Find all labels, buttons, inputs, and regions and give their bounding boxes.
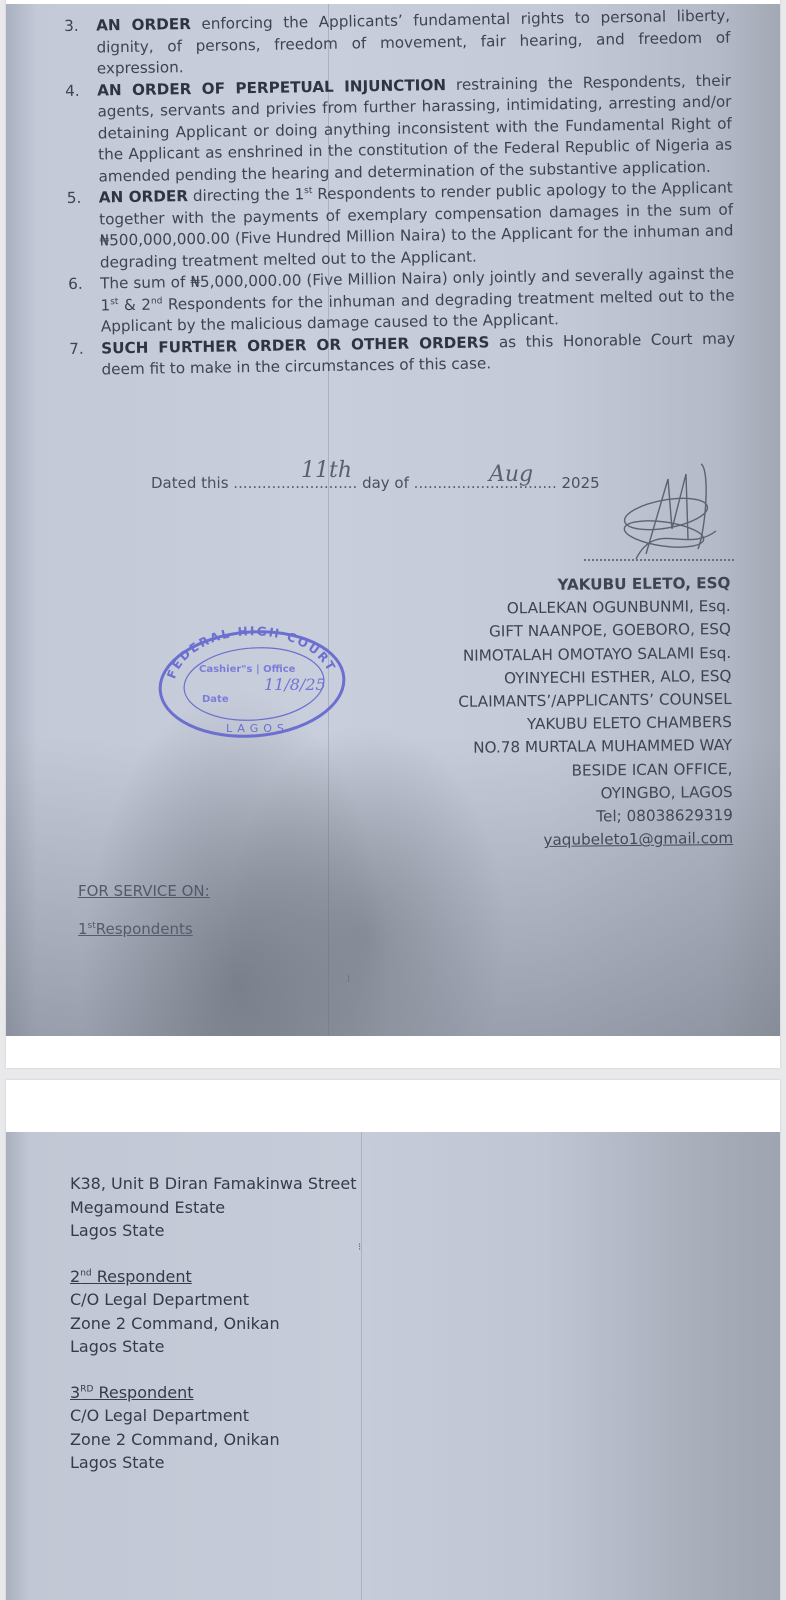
address-line: Lagos State [70, 1219, 357, 1243]
ordinal-number: 2 [70, 1267, 80, 1286]
page-2-photo: K38, Unit B Diran Famakinwa Street Megam… [6, 1132, 780, 1600]
address-line: C/O Legal Department [70, 1404, 357, 1428]
ordinal-suffix: nd [151, 296, 163, 306]
ordinal-number: 1 [78, 920, 88, 938]
order-bold-heading: AN ORDER [96, 15, 191, 34]
dated-prefix: Dated this [151, 474, 229, 492]
order-item-6: 6. The sum of ₦5,000,000.00 (Five Millio… [68, 264, 735, 339]
counsel-block: YAKUBU ELETO, ESQ OLALEKAN OGUNBUNMI, Es… [457, 572, 733, 853]
counsel-name: NIMOTALAH OMOTAYO SALAMI Esq. [457, 642, 731, 668]
first-respondent-address: K38, Unit B Diran Famakinwa Street Megam… [70, 1172, 357, 1243]
order-item-3: 3. AN ORDER enforcing the Applicants’ fu… [64, 6, 731, 81]
dated-middle: day of [362, 474, 409, 492]
address-line: Lagos State [70, 1451, 357, 1475]
order-number: 6. [68, 273, 101, 338]
address-line: Lagos State [70, 1335, 357, 1359]
ordinal-suffix: st [88, 921, 96, 931]
ordinal-suffix: nd [80, 1268, 91, 1278]
address-line: Megamound Estate [70, 1196, 357, 1220]
order-item-5: 5. AN ORDER directing the 1st Respondent… [67, 178, 734, 274]
orders-list: 3. AN ORDER enforcing the Applicants’ fu… [64, 6, 736, 382]
svg-text:Date: Date [202, 694, 229, 705]
signature-icon [606, 459, 736, 569]
chambers-name: YAKUBU ELETO CHAMBERS [458, 711, 732, 737]
respondent-addresses: K38, Unit B Diran Famakinwa Street Megam… [70, 1172, 357, 1497]
service-section: FOR SERVICE ON: 1stRespondents [78, 882, 210, 938]
svg-text:Cashier"s | Office: Cashier"s | Office [199, 664, 296, 675]
second-respondent-address: 2nd Respondent C/O Legal Department Zone… [70, 1265, 357, 1359]
counsel-name: GIFT NAANPOE, GOEBORO, ESQ [457, 618, 731, 644]
order-number: 4. [65, 80, 99, 188]
order-number: 7. [69, 338, 102, 381]
dated-year: 2025 [562, 474, 600, 492]
paper-speck: ⁝ [347, 974, 350, 985]
ordinal-suffix: st [110, 297, 118, 307]
order-body-part: directing the 1 [188, 185, 305, 205]
order-number: 5. [67, 187, 100, 273]
order-bold-heading: SUCH FURTHER ORDER OR OTHER ORDERS [101, 333, 489, 357]
counsel-role: CLAIMANTS’/APPLICANTS’ COUNSEL [458, 688, 732, 714]
address-line: K38, Unit B Diran Famakinwa Street [70, 1172, 357, 1196]
counsel-telephone: Tel; 08038629319 [459, 804, 733, 830]
order-body-part: & 2 [118, 295, 151, 314]
dated-line: Dated this .......................... da… [151, 474, 600, 492]
order-bold-heading: AN ORDER OF PERPETUAL INJUNCTION [97, 76, 446, 99]
respondent-heading: 2nd Respondent [70, 1265, 357, 1289]
order-text: AN ORDER directing the 1st Respondents t… [99, 178, 734, 274]
court-stamp-icon: FEDERAL HIGH COURT Cashier"s | Office Da… [154, 622, 349, 740]
respondent-heading: 3RD Respondent [70, 1381, 357, 1405]
order-text: The sum of ₦5,000,000.00 (Five Million N… [100, 264, 735, 338]
order-item-7: 7. SUCH FURTHER ORDER OR OTHER ORDERS as… [69, 328, 736, 381]
order-text: AN ORDER OF PERPETUAL INJUNCTION restrai… [97, 70, 733, 187]
ordinal-suffix: RD [80, 1384, 93, 1394]
first-respondent-heading: 1stRespondents [78, 920, 193, 938]
ordinal-suffix: st [304, 186, 312, 196]
address-line: Zone 2 Command, Onikan [70, 1312, 357, 1336]
counsel-name: OLALEKAN OGUNBUNMI, Esq. [457, 595, 731, 621]
respondent-label: Respondent [93, 1383, 193, 1402]
handwritten-day: 11th [301, 458, 352, 483]
chambers-address-line: OYINGBO, LAGOS [459, 781, 733, 807]
handwritten-month: Aug [489, 462, 533, 487]
paper-speck: ⁝ [358, 1242, 361, 1253]
address-line: Zone 2 Command, Onikan [70, 1428, 357, 1452]
respondent-label: Respondents [96, 920, 193, 938]
service-heading: FOR SERVICE ON: [78, 882, 210, 900]
page-1-photo: 3. AN ORDER enforcing the Applicants’ fu… [6, 4, 780, 1036]
counsel-name: OYINYECHI ESTHER, ALO, ESQ [458, 665, 732, 691]
document-page-2: K38, Unit B Diran Famakinwa Street Megam… [6, 1080, 780, 1600]
counsel-name: YAKUBU ELETO, ESQ [457, 572, 731, 598]
dotted-blank: .............................. [414, 474, 557, 492]
chambers-address-line: BESIDE ICAN OFFICE, [459, 758, 733, 784]
counsel-email-link[interactable]: yaqubeleto1@gmail.com [459, 827, 733, 853]
svg-text:LAGOS: LAGOS [226, 722, 289, 735]
respondent-label: Respondent [92, 1267, 192, 1286]
signature-line [584, 559, 734, 561]
document-page-1: 3. AN ORDER enforcing the Applicants’ fu… [6, 0, 780, 1068]
order-body: enforcing the Applicants’ fundamental ri… [96, 7, 730, 78]
order-text: AN ORDER enforcing the Applicants’ funda… [96, 6, 731, 80]
address-line: C/O Legal Department [70, 1288, 357, 1312]
order-text: SUCH FURTHER ORDER OR OTHER ORDERS as th… [101, 328, 736, 381]
chambers-address-line: NO.78 MURTALA MUHAMMED WAY [458, 734, 732, 760]
svg-text:11/8/25: 11/8/25 [264, 675, 326, 694]
third-respondent-address: 3RD Respondent C/O Legal Department Zone… [70, 1381, 357, 1475]
paper-fold-line [361, 1132, 362, 1600]
order-item-4: 4. AN ORDER OF PERPETUAL INJUNCTION rest… [65, 70, 733, 188]
order-number: 3. [64, 15, 97, 80]
order-bold-heading: AN ORDER [99, 187, 188, 206]
ordinal-number: 3 [70, 1383, 80, 1402]
order-body: Respondents for the inhuman and degradin… [101, 286, 735, 335]
